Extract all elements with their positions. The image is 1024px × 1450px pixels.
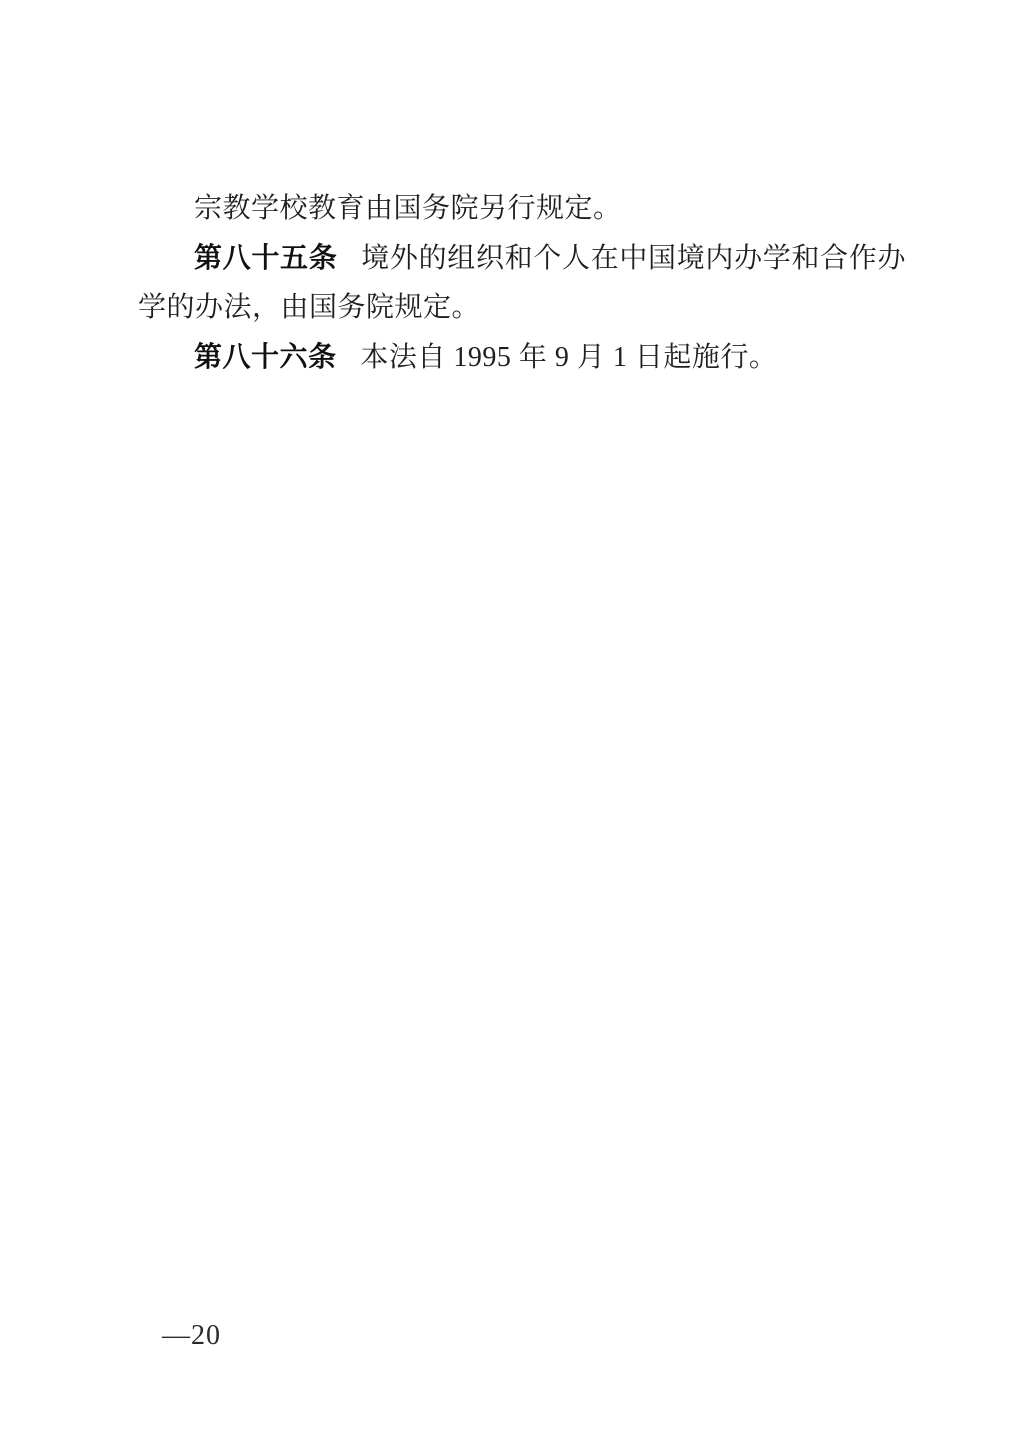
paragraph-article-86: 第八十六条本法自 1995 年 9 月 1 日起施行。 bbox=[138, 332, 906, 382]
document-page: 宗教学校教育由国务院另行规定。 第八十五条境外的组织和个人在中国境内办学和合作办… bbox=[0, 0, 1024, 1450]
paragraph-religious-schools: 宗教学校教育由国务院另行规定。 bbox=[138, 184, 906, 233]
paragraph-text: 宗教学校教育由国务院另行规定。 bbox=[194, 193, 622, 224]
article-number-label: 第八十五条 bbox=[194, 241, 337, 274]
paragraph-text: 本法自 1995 年 9 月 1 日起施行。 bbox=[360, 342, 777, 373]
paragraph-article-85: 第八十五条境外的组织和个人在中国境内办学和合作办学的办法，由国务院规定。 bbox=[138, 233, 906, 332]
article-number-label: 第八十六条 bbox=[194, 340, 337, 373]
article-text-block: 宗教学校教育由国务院另行规定。 第八十五条境外的组织和个人在中国境内办学和合作办… bbox=[138, 184, 906, 382]
page-number: —20 bbox=[162, 1320, 221, 1352]
